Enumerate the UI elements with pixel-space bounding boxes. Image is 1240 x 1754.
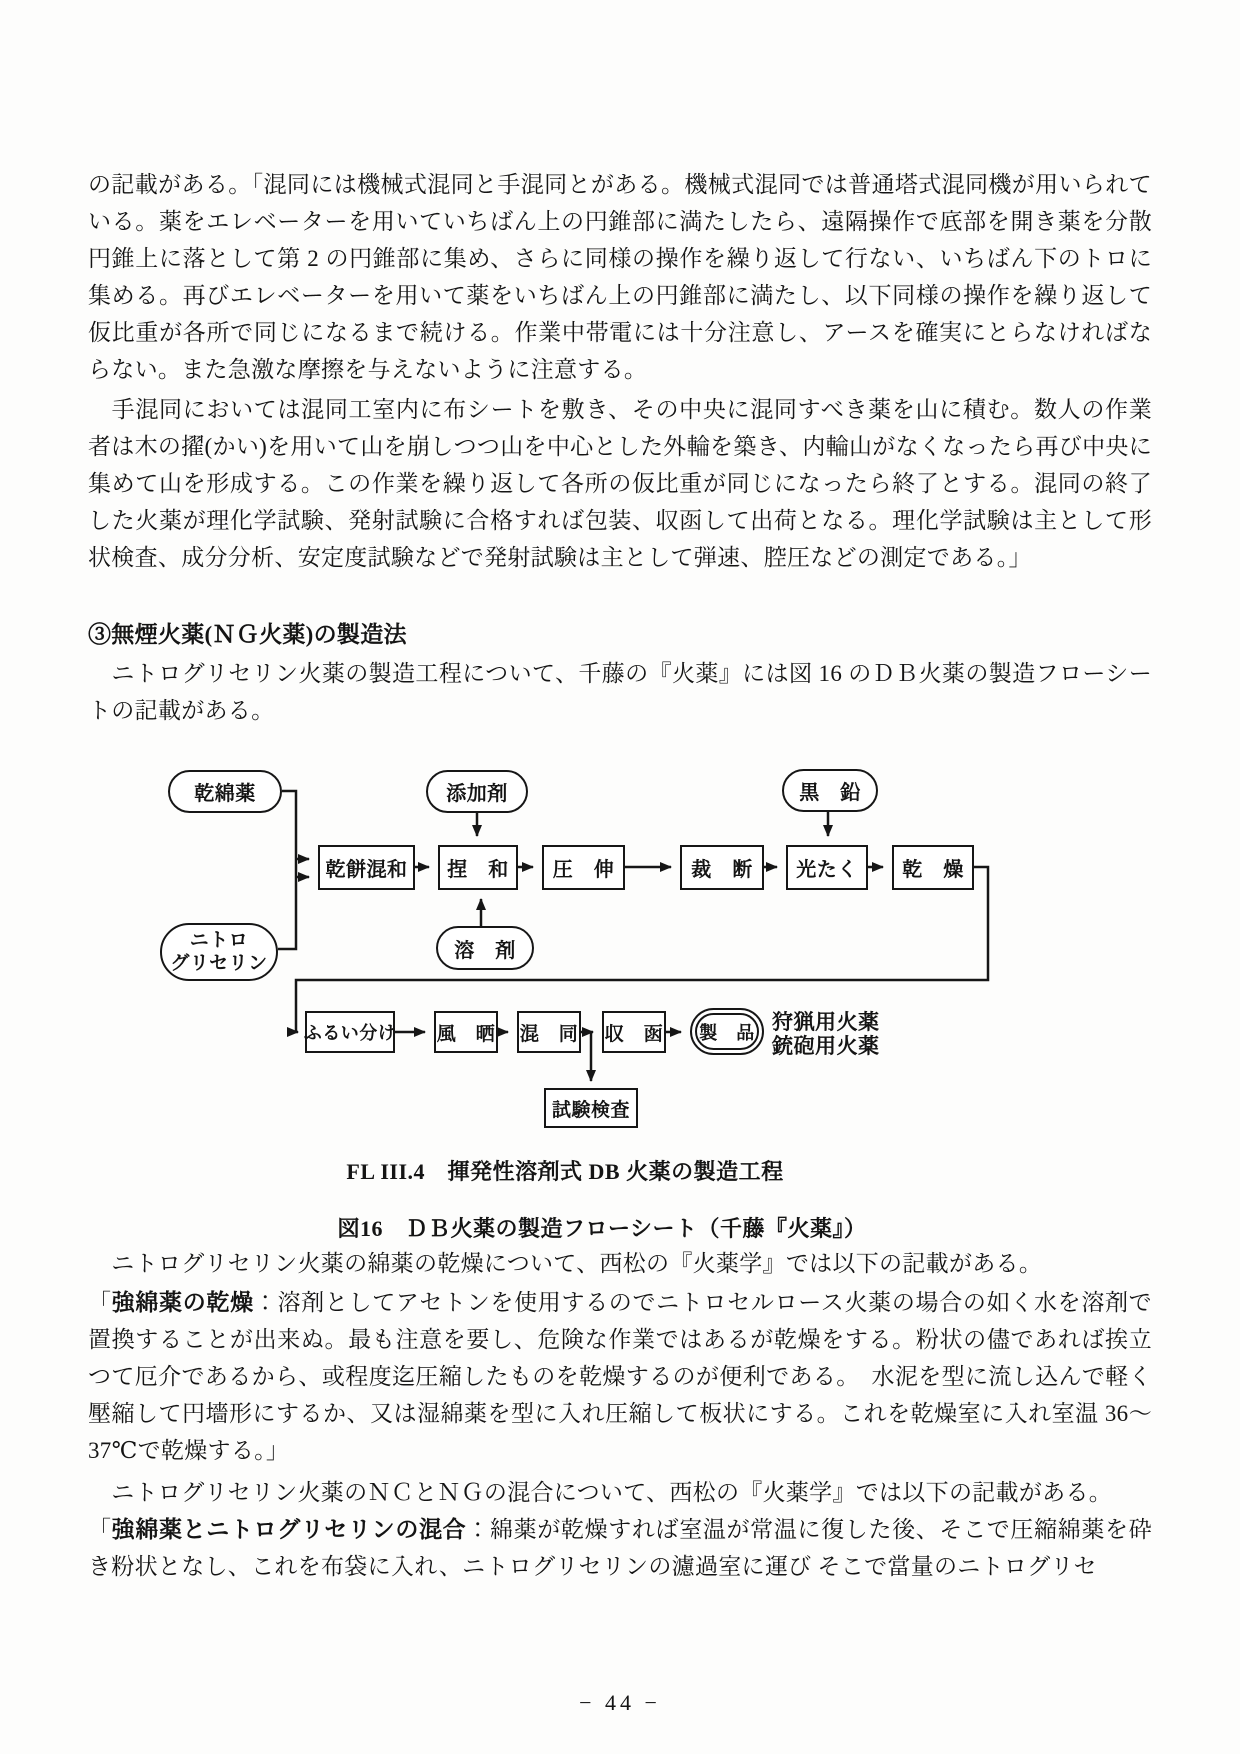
nitroglycerin-line2: グリセリン xyxy=(170,952,267,975)
figure-caption-fl: FL III.4 揮発性溶剤式 DB 火薬の製造工程 xyxy=(33,1155,1097,1186)
paragraph-mixing-quote: 「強綿薬とニトログリセリンの混合：綿薬が乾燥すれば室温が常温に復した後、そこで圧… xyxy=(88,1511,1152,1585)
quote-lead-drying: 強綿薬の乾燥 xyxy=(112,1290,254,1315)
flow-node-dried-gun-cotton: 乾綿薬 xyxy=(168,770,282,813)
flow-node-boxing: 収 函 xyxy=(602,1011,666,1053)
document-page: の記載がある。「混同には機械式混同と手混同とがある。機械式混同では普通塔式混同機… xyxy=(0,0,1240,1754)
figure-caption-zu16: 図16 ＤＢ火薬の製造フローシート（千藤『火薬』） xyxy=(70,1212,1134,1243)
page-number: − 44 − xyxy=(88,1690,1152,1716)
flow-node-blending: 混 同 xyxy=(517,1011,581,1053)
flow-node-sieving: ふるい分け xyxy=(305,1011,395,1053)
flow-node-glazing: 光たく xyxy=(786,845,868,890)
flow-node-additive: 添加剤 xyxy=(426,770,528,813)
flow-node-air-drying: 風 晒 xyxy=(434,1011,498,1053)
flow-node-kneading: 捏 和 xyxy=(438,845,518,890)
flow-node-product: 製 品 xyxy=(690,1008,764,1055)
return-line xyxy=(296,867,988,1032)
flow-node-graphite: 黒 鉛 xyxy=(782,769,878,812)
flow-node-test-inspection: 試験検査 xyxy=(544,1088,638,1128)
quote-open-2: 「 xyxy=(88,1517,112,1542)
quote-lead-mixing: 強綿薬とニトログリセリンの混合 xyxy=(112,1517,467,1542)
feeder-line xyxy=(278,791,296,949)
flow-node-rolling: 圧 伸 xyxy=(542,845,625,890)
flow-node-nitroglycerin: ニトロ グリセリン xyxy=(160,923,278,981)
nitroglycerin-line1: ニトロ xyxy=(190,929,249,952)
flow-node-dry-cake-mixing: 乾餅混和 xyxy=(318,845,415,890)
flow-node-drying: 乾 燥 xyxy=(892,845,974,890)
quote-body-drying: ：溶剤としてアセトンを使用するのでニトロセルロース火薬の場合の如く水を溶剤で置換… xyxy=(88,1290,1152,1463)
paragraph-mixing-intro: ニトログリセリン火薬のＮＣとＮＧの混合について、西松の『火薬学』では以下の記載が… xyxy=(88,1474,1152,1511)
paragraph-drying-intro: ニトログリセリン火薬の綿薬の乾燥について、西松の『火薬学』では以下の記載がある。 xyxy=(88,1245,1152,1282)
paragraph-drying-quote: 「強綿薬の乾燥：溶剤としてアセトンを使用するのでニトロセルロース火薬の場合の如く… xyxy=(88,1284,1152,1469)
quote-open: 「 xyxy=(88,1290,112,1315)
flow-node-solvent: 溶 剤 xyxy=(436,926,534,970)
output-label-gun-powder: 銃砲用火薬 xyxy=(772,1030,880,1060)
flow-node-cutting: 裁 断 xyxy=(680,845,764,890)
